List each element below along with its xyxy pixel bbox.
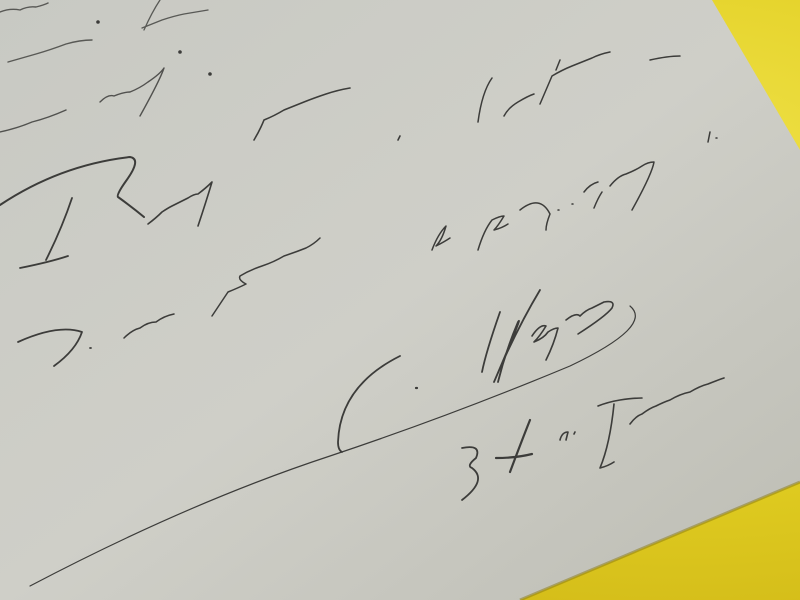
photo-scene: …envoi … …remis dans… …vos écrits. Recev… (0, 0, 800, 600)
letter-paper (0, 0, 800, 600)
